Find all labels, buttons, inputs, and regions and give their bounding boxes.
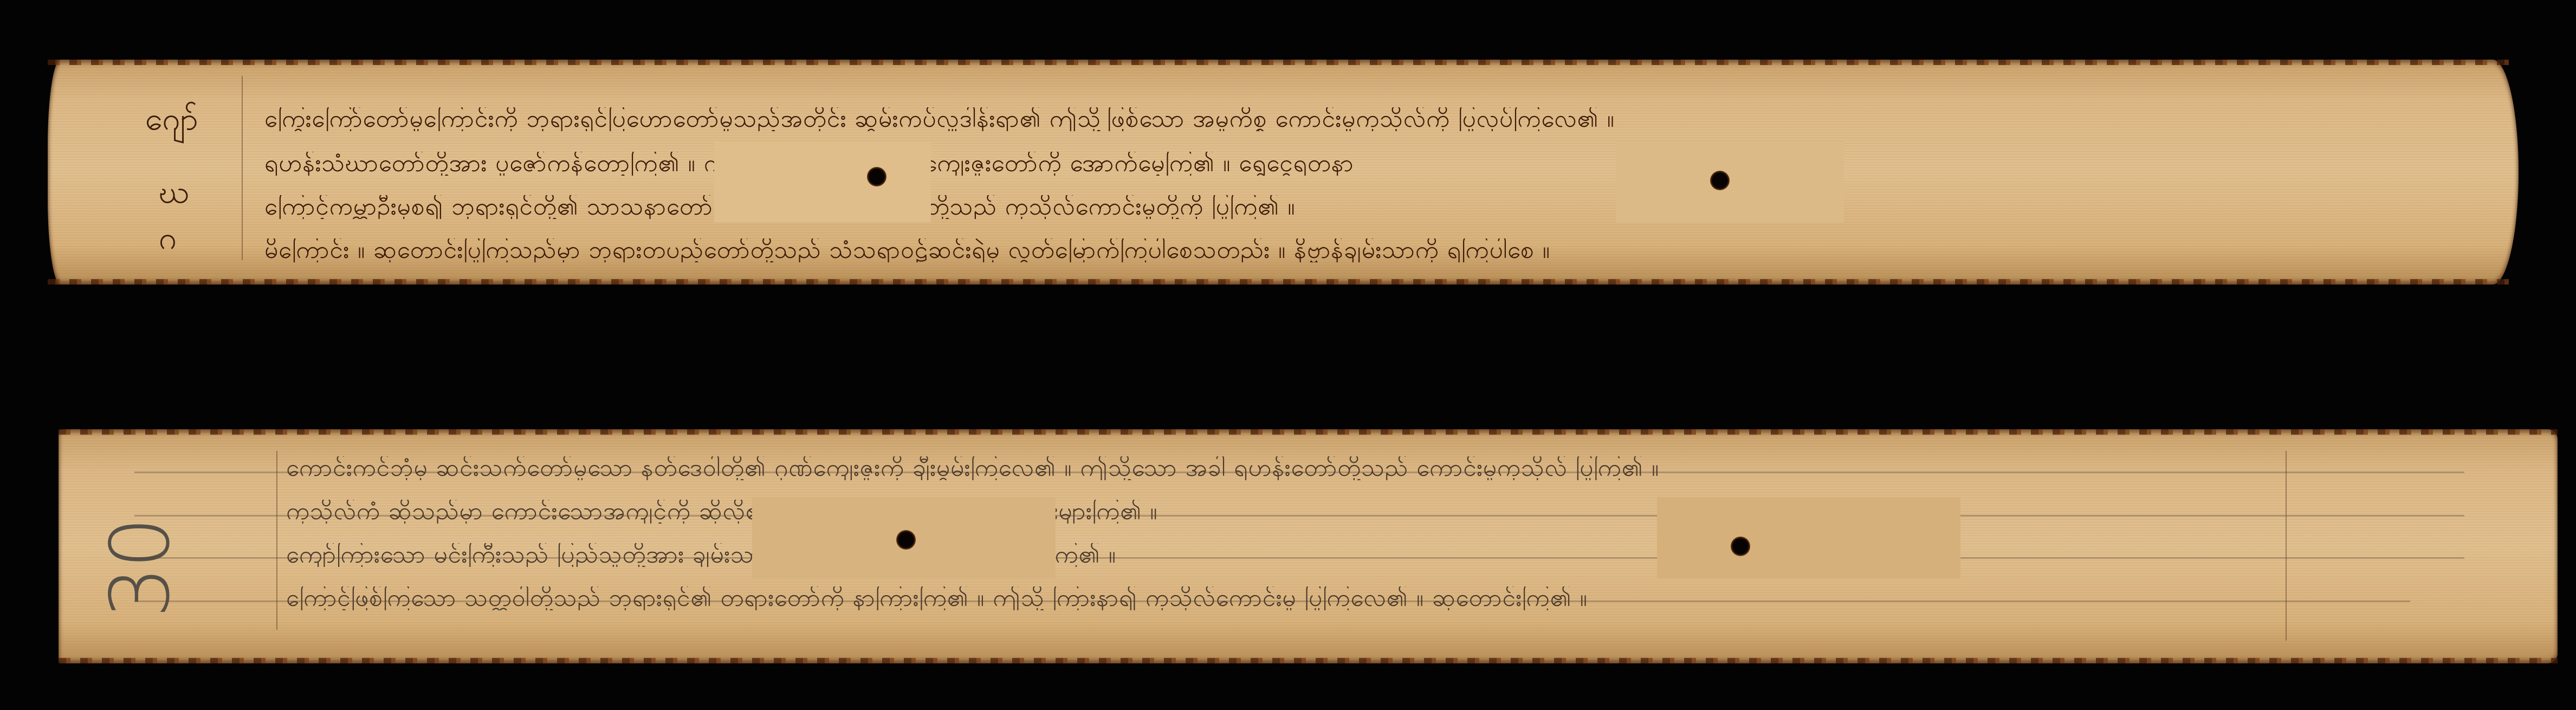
- string-hole: [896, 530, 916, 550]
- pencil-folio-number: 30: [93, 519, 187, 618]
- leaf-damaged-edge: [59, 658, 2558, 663]
- string-hole-panel: [714, 141, 931, 222]
- string-hole: [1710, 171, 1730, 190]
- string-hole-panel: [1657, 497, 1960, 578]
- manuscript-line-4: ကြောင့်ဖြစ်ကြသော သတ္တဝါတို့သည် ဘုရားရှင်…: [286, 586, 2291, 610]
- palm-leaf-folio-bottom: 30 ကောင်းကင်ဘုံမှ ဆင်းသက်တော်မူသော နတ်ဒေ…: [59, 429, 2558, 663]
- manuscript-line-2: ရဟန်းသံဃာတော်တို့အား ပူဇော်ကန်တော့ကြ၏ ။ …: [264, 152, 2486, 176]
- manuscript-line-2: ကုသိုလ်ကံ ဆိုသည်မှာ ကောင်းသောအကျင့်ကို ဆ…: [286, 500, 2291, 524]
- manuscript-line-3: ကြောင့်ကမ္ဘာဦးမှစ၍ ဘုရားရှင်တို့၏ သာသနာတ…: [264, 195, 2486, 219]
- margin-rule: [276, 451, 277, 630]
- leaf-damaged-edge: [48, 60, 2519, 65]
- manuscript-line-3: ကျော်ကြားသော မင်းကြီးသည် ပြည်သူတို့အား ခ…: [286, 543, 2291, 567]
- manuscript-line-1: ကြွေးကြော်တော်မူကြောင်းကို ဘုရားရှင်ပြဟေ…: [264, 107, 2486, 131]
- string-hole: [1731, 537, 1750, 556]
- string-hole-panel: [1616, 141, 1844, 222]
- folio-margin-mark: ဂျော်: [145, 103, 198, 134]
- leaf-damaged-edge: [48, 279, 2519, 285]
- margin-numeral: ဃ: [159, 176, 190, 208]
- manuscript-line-1: ကောင်းကင်ဘုံမှ ဆင်းသက်တော်မူသော နတ်ဒေဝါတ…: [286, 456, 2291, 480]
- manuscript-line-4: မိကြောင်း ။ ဆုတောင်းပြုကြသည်မှာ ဘုရားတပည…: [264, 238, 2486, 262]
- palm-leaf-folio-top: ဂျော် ဃ ဂ ကြွေးကြော်တော်မူကြောင်းကို ဘုရ…: [48, 60, 2519, 285]
- leaf-damaged-edge: [59, 429, 2558, 435]
- string-hole: [867, 167, 886, 186]
- margin-rule: [242, 76, 243, 260]
- margin-numeral: ဂ: [159, 222, 177, 254]
